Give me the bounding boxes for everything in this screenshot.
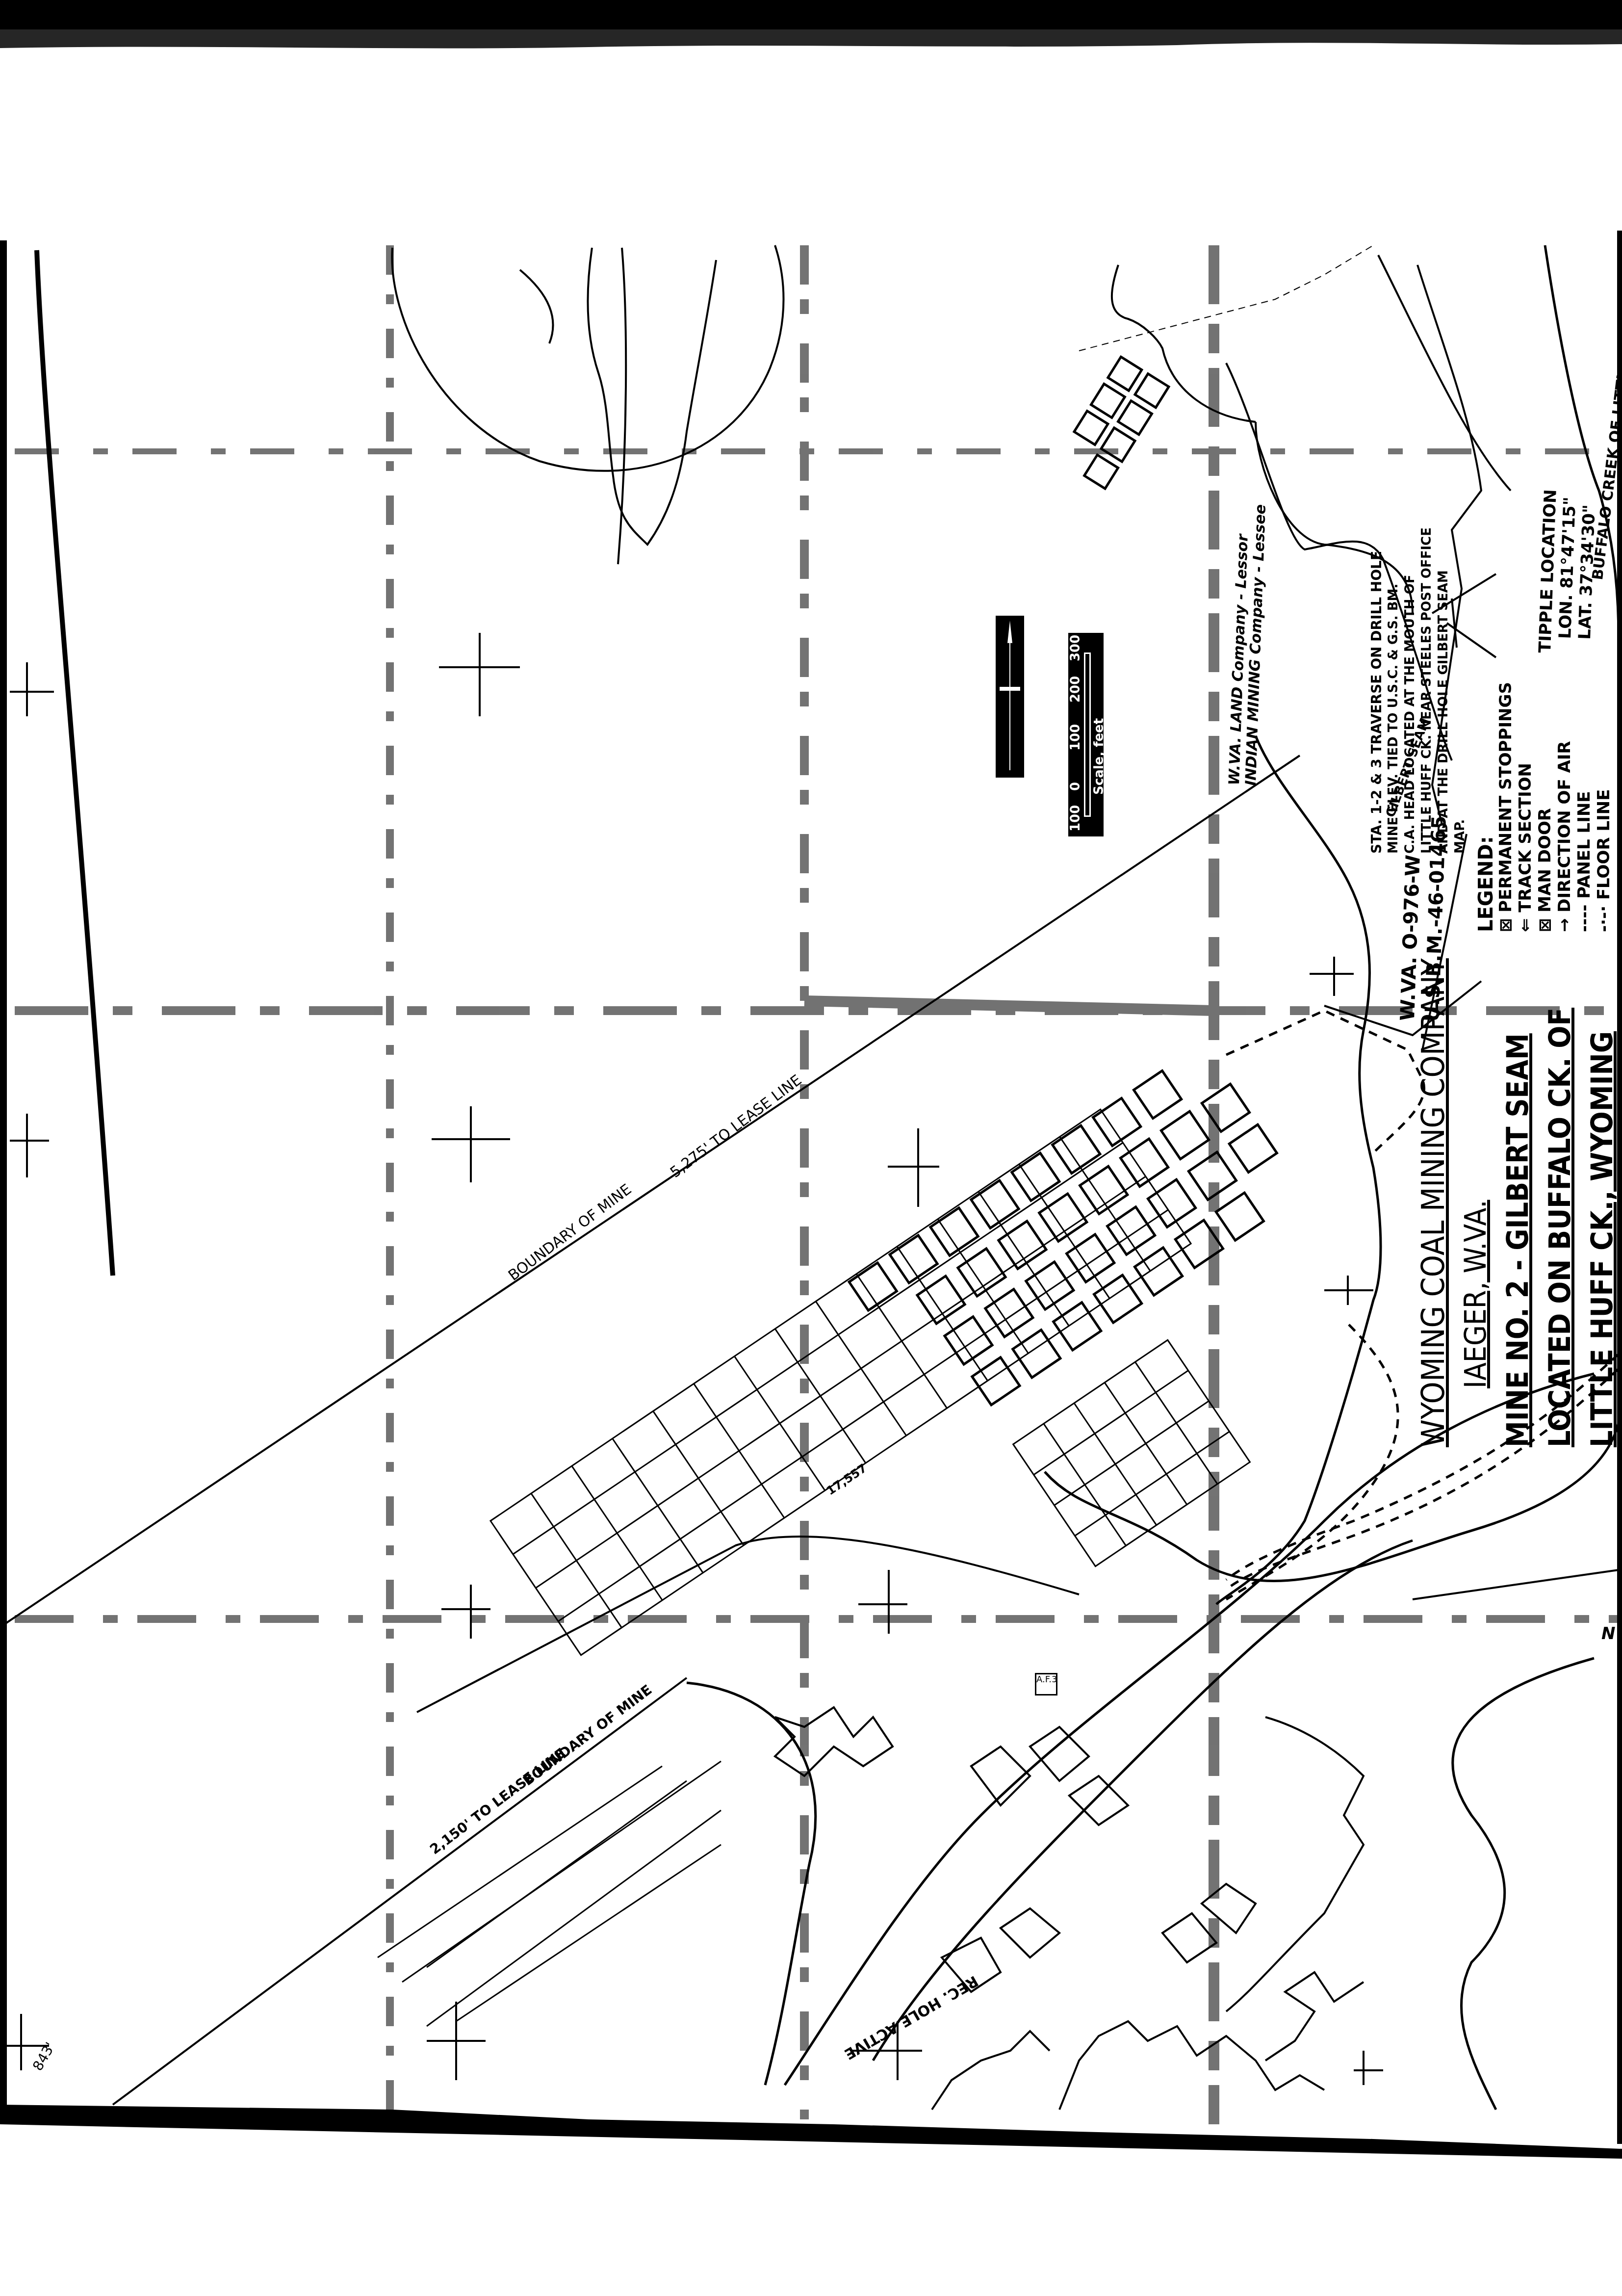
- legend: LEGEND: ⊠ PERMANENT STOPPINGS ⇐ TRACK SE…: [1476, 682, 1614, 932]
- scale-tick: 100: [1068, 724, 1083, 751]
- legend-item: ⊠ PERMANENT STOPPINGS: [1496, 682, 1516, 932]
- creek-name: LITTLE HUFF CK., WYOMING: [1581, 958, 1622, 1447]
- pillar-blocks: [849, 1044, 1304, 1433]
- scale-bar: 100 0 100 200 300 Scale, feet: [1068, 633, 1104, 836]
- scale-unit: Scale, feet: [1092, 718, 1107, 795]
- title-block: WYOMING COAL MINING COMPANY IAEGER, W.VA…: [1413, 958, 1622, 1447]
- boundary-lines: [5, 756, 1619, 2105]
- workings-grid: [490, 1109, 1191, 1655]
- legend-item: ⊠ MAN DOOR: [1535, 682, 1555, 932]
- map-drawing: [0, 0, 1622, 2296]
- north-arrow-icon: [996, 616, 1024, 778]
- location-code: IAEGER, W.VA.: [1455, 958, 1497, 1447]
- scale-tick: 0: [1068, 782, 1083, 791]
- legend-item: ---- PANEL LINE: [1574, 682, 1594, 932]
- right-edge-label: N: [1601, 1624, 1615, 1644]
- top-scan-border: [0, 0, 1622, 29]
- located-on: LOCATED ON BUFFALO CK. OF: [1539, 958, 1581, 1447]
- grid-crosses: [0, 633, 1383, 2085]
- legend-item: -·-· FLOOR LINE: [1594, 682, 1614, 932]
- left-scan-border: [0, 240, 7, 2119]
- scale-tick: 100: [1068, 805, 1083, 832]
- legend-title: LEGEND:: [1476, 682, 1496, 932]
- bottom-scan-border: [0, 2105, 1622, 2159]
- scale-tick: 200: [1068, 676, 1083, 703]
- company-name: WYOMING COAL MINING COMPANY: [1413, 958, 1455, 1447]
- scale-tick: 300: [1068, 635, 1083, 661]
- map-sheet: 100 0 100 200 300 Scale, feet WYOMING CO…: [0, 0, 1622, 2296]
- legend-item: → DIRECTION OF AIR: [1555, 682, 1574, 932]
- survey-note: STA. 1-2 & 3 TRAVERSE ON DRILL HOLE MINE…: [1368, 527, 1468, 854]
- legend-item: ⇐ TRACK SECTION: [1516, 682, 1535, 932]
- mine-name: MINE NO. 2 - GILBERT SEAM: [1497, 958, 1539, 1447]
- box-label: A.F.3: [1035, 1673, 1057, 1696]
- drill-hole-circle: [392, 245, 783, 564]
